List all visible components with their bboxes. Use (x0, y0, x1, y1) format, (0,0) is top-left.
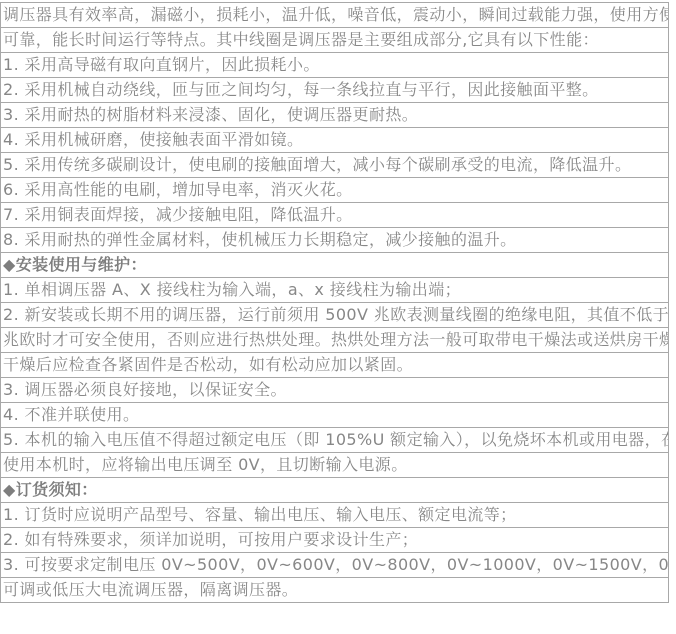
section-header-row-ordering: ◆订货须知： (1, 478, 669, 503)
row-text: 可调或低压大电流调压器，隔离调压器。 (1, 578, 669, 603)
table-row: 5. 本机的输入电压值不得超过额定电压（即 105%U 额定输入），以免烧坏本机… (1, 428, 669, 453)
row-text: 7. 采用铜表面焊接，减少接触电阻，降低温升。 (1, 203, 669, 228)
row-text: 可靠，能长时间运行等特点。其中线圈是调压器是主要组成部分,它具有以下性能： (1, 28, 669, 53)
section-header-text: ◆订货须知： (1, 478, 669, 503)
row-text: 2. 新安装或长期不用的调压器，运行前须用 500V 兆欧表测量线圈的绝缘电阻，… (1, 303, 669, 328)
row-text: 5. 采用传统多碳刷设计，使电刷的接触面增大，减小每个碳刷承受的电流，降低温升。 (1, 153, 669, 178)
row-text: 2. 采用机械自动绕线，匝与匝之间均匀，每一条线拉直与平行，因此接触面平整。 (1, 78, 669, 103)
table-row: 1. 订货时应说明产品型号、容量、输出电压、输入电压、额定电流等； (1, 503, 669, 528)
table-row: 7. 采用铜表面焊接，减少接触电阻，降低温升。 (1, 203, 669, 228)
table-row: 6. 采用高性能的电刷，增加导电率，消灭火花。 (1, 178, 669, 203)
row-text: 3. 采用耐热的树脂材料来浸漆、固化，使调压器更耐热。 (1, 103, 669, 128)
table-row: 1. 单相调压器 A、X 接线柱为输入端，a、x 接线柱为输出端； (1, 278, 669, 303)
row-text: 兆欧时才可安全使用，否则应进行热烘处理。热烘处理方法一般可取带电干燥法或送烘房干… (1, 328, 669, 353)
row-text: 1. 单相调压器 A、X 接线柱为输入端，a、x 接线柱为输出端； (1, 278, 669, 303)
table-row: 4. 采用机械研磨，使接触表面平滑如镜。 (1, 128, 669, 153)
table-row: 可靠，能长时间运行等特点。其中线圈是调压器是主要组成部分,它具有以下性能： (1, 28, 669, 53)
table-row: 调压器具有效率高，漏磁小，损耗小，温升低，噪音低，震动小，瞬间过载能力强，使用方… (1, 3, 669, 28)
product-info-table: 调压器具有效率高，漏磁小，损耗小，温升低，噪音低，震动小，瞬间过载能力强，使用方… (0, 2, 669, 603)
table-row: 2. 新安装或长期不用的调压器，运行前须用 500V 兆欧表测量线圈的绝缘电阻，… (1, 303, 669, 328)
row-text: 干燥后应检查各紧固件是否松动，如有松动应加以紧固。 (1, 353, 669, 378)
table-row: 4. 不准并联使用。 (1, 403, 669, 428)
table-row: 3. 调压器必须良好接地，以保证安全。 (1, 378, 669, 403)
table-row: 3. 可按要求定制电压 0V~500V，0V~600V，0V~800V，0V~1… (1, 553, 669, 578)
product-description-page: 调压器具有效率高，漏磁小，损耗小，温升低，噪音低，震动小，瞬间过载能力强，使用方… (0, 0, 676, 634)
table-row: 1. 采用高导磁有取向直钢片，因此损耗小。 (1, 53, 669, 78)
table-row: 干燥后应检查各紧固件是否松动，如有松动应加以紧固。 (1, 353, 669, 378)
table-row: 兆欧时才可安全使用，否则应进行热烘处理。热烘处理方法一般可取带电干燥法或送烘房干… (1, 328, 669, 353)
table-row: 2. 采用机械自动绕线，匝与匝之间均匀，每一条线拉直与平行，因此接触面平整。 (1, 78, 669, 103)
row-text: 3. 调压器必须良好接地，以保证安全。 (1, 378, 669, 403)
row-text: 1. 订货时应说明产品型号、容量、输出电压、输入电压、额定电流等； (1, 503, 669, 528)
row-text: 5. 本机的输入电压值不得超过额定电压（即 105%U 额定输入），以免烧坏本机… (1, 428, 669, 453)
section-header-row-installation: ◆安装使用与维护： (1, 253, 669, 278)
table-row: 3. 采用耐热的树脂材料来浸漆、固化，使调压器更耐热。 (1, 103, 669, 128)
row-text: 1. 采用高导磁有取向直钢片，因此损耗小。 (1, 53, 669, 78)
row-text: 4. 不准并联使用。 (1, 403, 669, 428)
row-text: 3. 可按要求定制电压 0V~500V，0V~600V，0V~800V，0V~1… (1, 553, 669, 578)
row-text: 8. 采用耐热的弹性金属材料，使机械压力长期稳定，减少接触的温升。 (1, 228, 669, 253)
table-row: 8. 采用耐热的弹性金属材料，使机械压力长期稳定，减少接触的温升。 (1, 228, 669, 253)
table-row: 2. 如有特殊要求，须详加说明，可按用户要求设计生产； (1, 528, 669, 553)
row-text: 使用本机时，应将输出电压调至 0V，且切断输入电源。 (1, 453, 669, 478)
row-text: 4. 采用机械研磨，使接触表面平滑如镜。 (1, 128, 669, 153)
table-row: 可调或低压大电流调压器，隔离调压器。 (1, 578, 669, 603)
table-row: 使用本机时，应将输出电压调至 0V，且切断输入电源。 (1, 453, 669, 478)
row-text: 2. 如有特殊要求，须详加说明，可按用户要求设计生产； (1, 528, 669, 553)
table-row: 5. 采用传统多碳刷设计，使电刷的接触面增大，减小每个碳刷承受的电流，降低温升。 (1, 153, 669, 178)
section-header-text: ◆安装使用与维护： (1, 253, 669, 278)
row-text: 调压器具有效率高，漏磁小，损耗小，温升低，噪音低，震动小，瞬间过载能力强，使用方… (1, 3, 669, 28)
row-text: 6. 采用高性能的电刷，增加导电率，消灭火花。 (1, 178, 669, 203)
